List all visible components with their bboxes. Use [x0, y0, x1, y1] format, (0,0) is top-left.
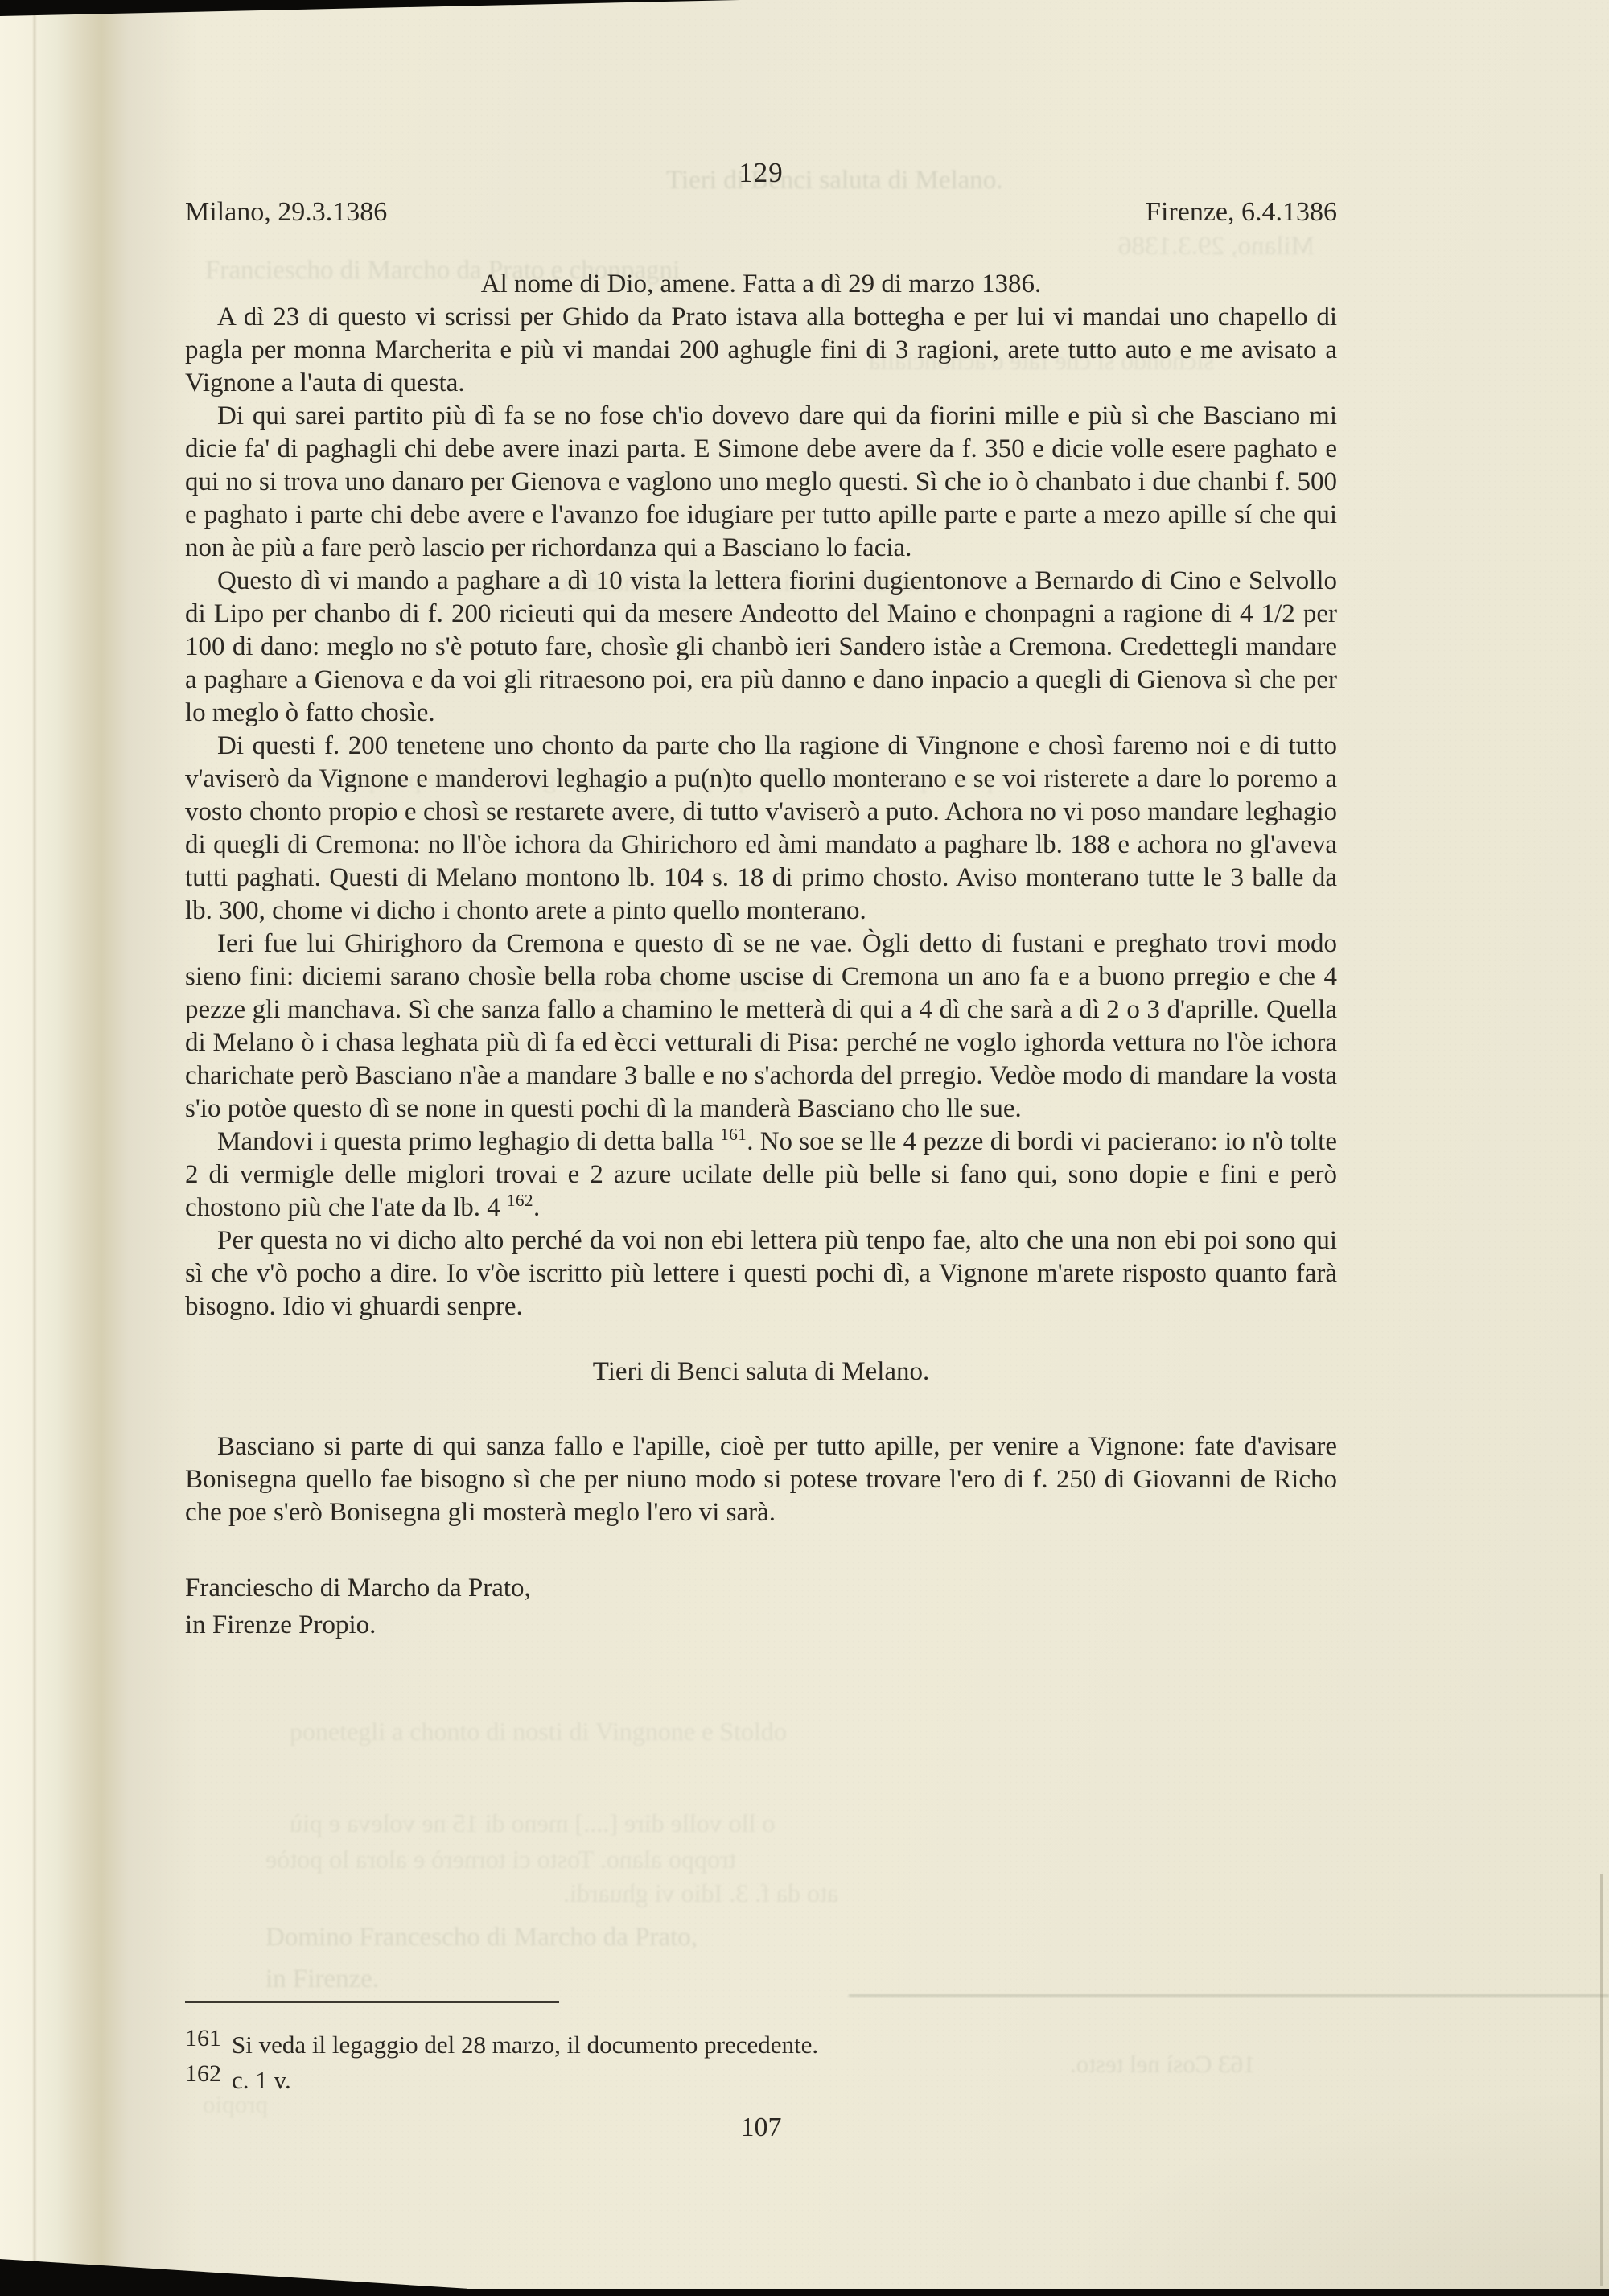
bleed-through-text: Domino Francescho di Marcho da Prato,	[265, 1923, 698, 1952]
page-gutter-shading	[0, 0, 201, 2296]
footnote: 162c. 1 v.	[185, 2063, 1337, 2098]
footnote-reference: 161	[720, 1125, 747, 1144]
paragraph-segment: Di questi f. 200 tenetene uno chonto da …	[185, 731, 1337, 925]
footnote: 161Si veda il legaggio del 28 marzo, il …	[185, 2027, 1337, 2063]
body-paragraph: Basciano si parte di qui sanza fallo e l…	[185, 1430, 1337, 1529]
body-paragraph: Questo dì vi mando a paghare a dì 10 vis…	[185, 565, 1337, 730]
body-paragraph: Per questa no vi dicho alto perché da vo…	[185, 1224, 1337, 1323]
letter-postscript: Basciano si parte di qui sanza fallo e l…	[185, 1430, 1337, 1529]
bleed-through-text: in Firenze.	[265, 1965, 379, 1994]
letter-signature: Tieri di Benci saluta di Melano.	[185, 1356, 1337, 1389]
paragraph-segment: Ieri fue lui Ghirighoro da Cremona e que…	[185, 929, 1337, 1123]
page-gutter-crease	[32, 0, 37, 2296]
closing-line-sender: Franciescho di Marcho da Prato,	[185, 1570, 1337, 1607]
bleed-through-text: ponetegli a chonto di nosti di Vingnone …	[290, 1717, 787, 1747]
paragraph-segment: Per questa no vi dicho alto perché da vo…	[185, 1226, 1337, 1321]
page-number-bottom: 107	[185, 2113, 1337, 2143]
page-number-top: 129	[185, 158, 1337, 187]
footnote-rows: 161Si veda il legaggio del 28 marzo, il …	[185, 2027, 1337, 2098]
letter-body: A dì 23 di questo vi scrissi per Ghido d…	[185, 301, 1337, 1323]
paragraph-segment: Mandovi i questa primo leghagio di detta…	[217, 1127, 720, 1156]
footnote-number: 162	[185, 2056, 221, 2091]
footnote-reference: 162	[507, 1191, 533, 1210]
body-paragraph: Ieri fue lui Ghirighoro da Cremona e que…	[185, 928, 1337, 1125]
footnotes-block: 161Si veda il legaggio del 28 marzo, il …	[185, 2001, 1337, 2098]
text-column: 129 Milano, 29.3.1386 Firenze, 6.4.1386 …	[185, 0, 1337, 1644]
body-paragraph: Mandovi i questa primo leghagio di detta…	[185, 1125, 1337, 1224]
bleed-through-text: ato da f. 3. Idio vi ghuardi.	[563, 1878, 838, 1908]
paragraph-segment: Di qui sarei partito più dì fa se no fos…	[185, 401, 1337, 562]
paragraph-segment: A dì 23 di questo vi scrissi per Ghido d…	[185, 302, 1337, 397]
footnote-number: 161	[185, 2021, 221, 2055]
paragraph-segment: .	[533, 1193, 540, 1222]
body-paragraph: A dì 23 di questo vi scrissi per Ghido d…	[185, 301, 1337, 400]
closing-line-place: in Firenze Propio.	[185, 1607, 1337, 1644]
paragraph-segment: Basciano si parte di qui sanza fallo e l…	[185, 1432, 1337, 1527]
paragraph-segment: Questo dì vi mando a paghare a dì 10 vis…	[185, 566, 1337, 727]
letter-salutation: Al nome di Dio, amene. Fatta a dì 29 di …	[185, 268, 1337, 301]
bleed-through-text: o llo volle dire [....] meno di 15 ne vo…	[290, 1808, 775, 1838]
dateline-origin: Milano, 29.3.1386	[185, 199, 387, 226]
scan-edge-bottom-left-wedge	[0, 2259, 467, 2296]
bleed-through-text: troppo alano. Tosto ci tornerò e alora l…	[265, 1845, 736, 1874]
page-right-edge-line	[1600, 1874, 1603, 2286]
book-page-scan: Tieri di Benci saluta di Melano.Milano, …	[0, 0, 1609, 2296]
dateline-destination: Firenze, 6.4.1386	[1146, 199, 1337, 226]
footnote-text: c. 1 v.	[232, 2066, 291, 2094]
letter-closing: Franciescho di Marcho da Prato, in Firen…	[185, 1570, 1337, 1644]
footnote-text: Si veda il legaggio del 28 marzo, il doc…	[232, 2031, 818, 2059]
body-paragraph: Di qui sarei partito più dì fa se no fos…	[185, 400, 1337, 565]
dateline-row: Milano, 29.3.1386 Firenze, 6.4.1386	[185, 199, 1337, 226]
body-paragraph: Di questi f. 200 tenetene uno chonto da …	[185, 730, 1337, 928]
bleed-through-footnote-rule	[849, 1994, 1609, 1997]
footnote-separator-rule	[185, 2001, 559, 2003]
